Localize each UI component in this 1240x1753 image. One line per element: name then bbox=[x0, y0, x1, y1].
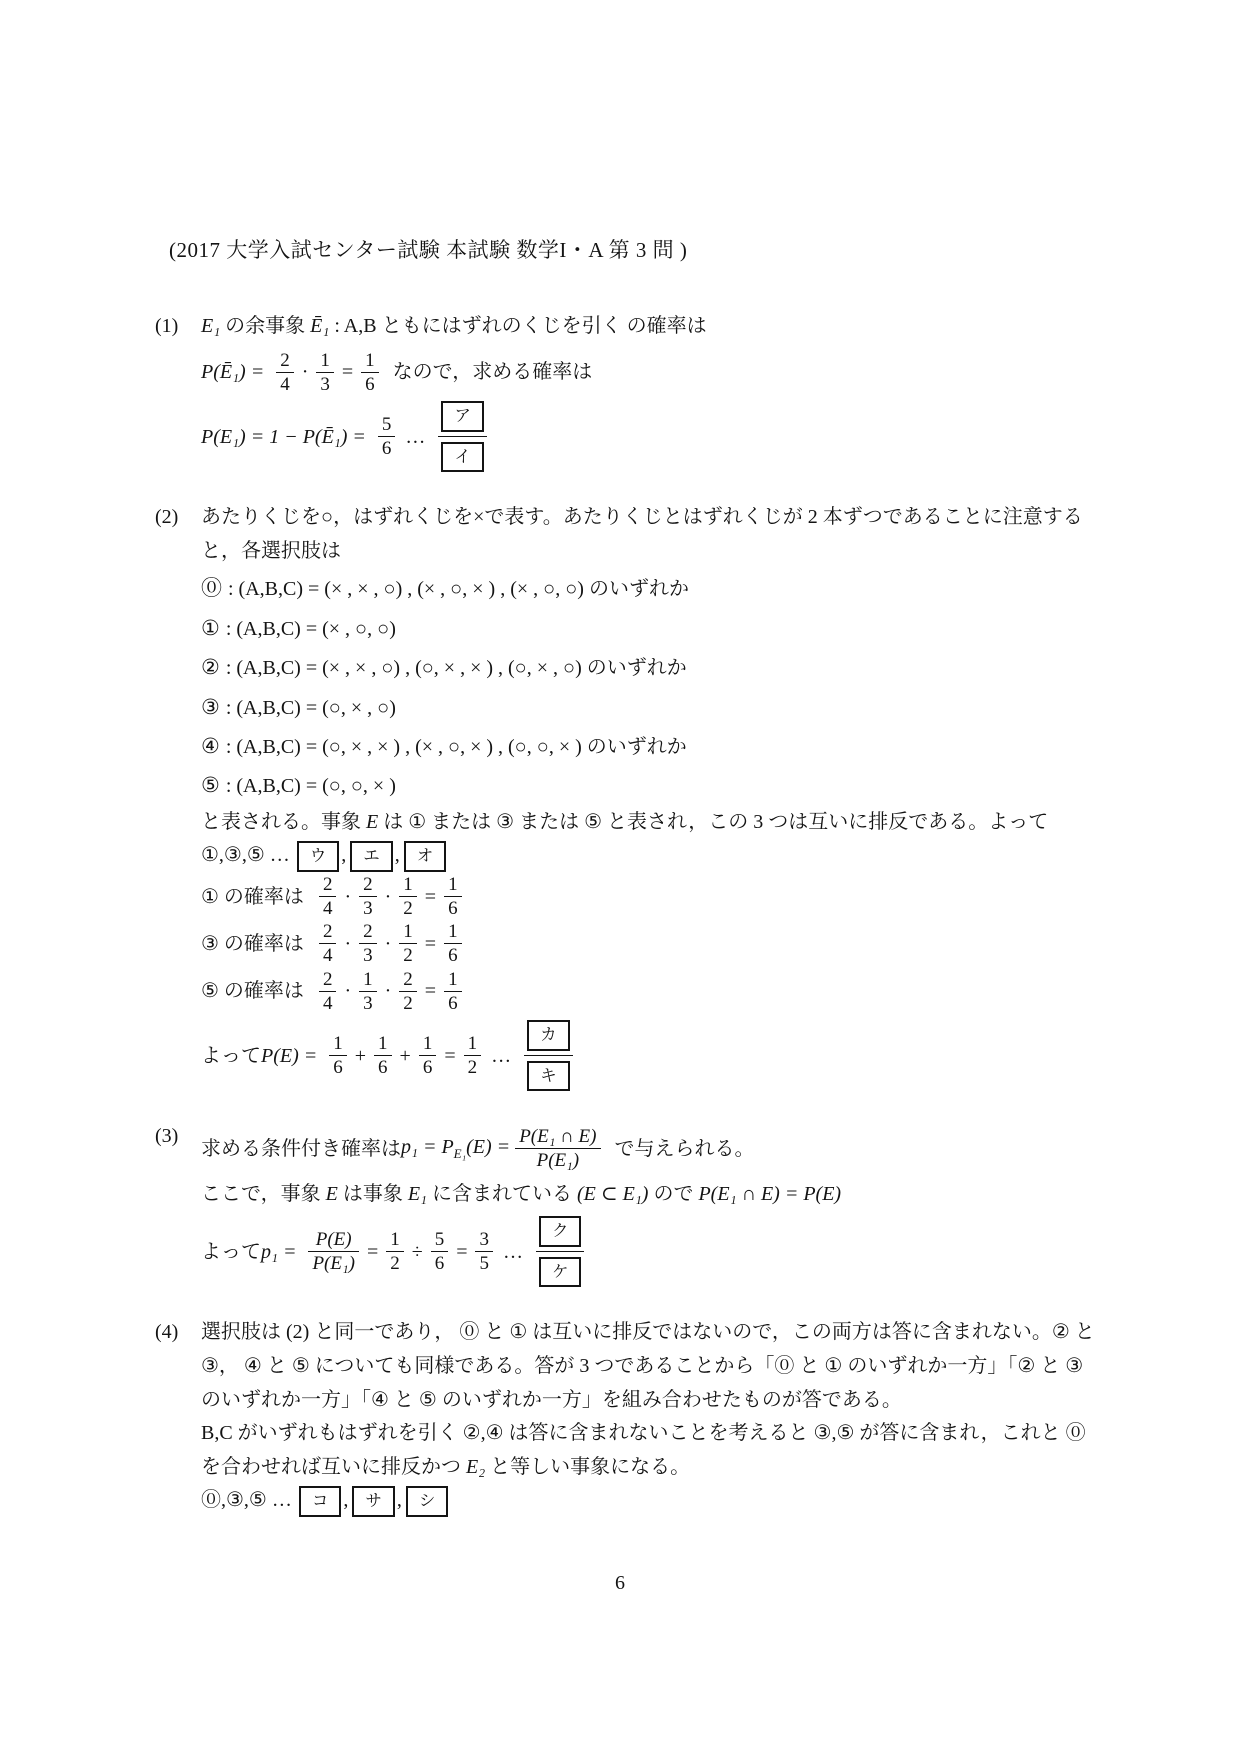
circled-number-2: ② bbox=[201, 655, 220, 679]
page-number: 6 bbox=[0, 1572, 1240, 1595]
fraction-denominator: 4 bbox=[319, 943, 337, 967]
math-var-e1: E₁ bbox=[408, 1183, 427, 1205]
answer-fraction-bottom: イ bbox=[438, 436, 487, 473]
fraction: 16 bbox=[444, 968, 462, 1015]
fraction-denominator: 3 bbox=[359, 943, 377, 967]
answer-box-a: ア bbox=[441, 401, 484, 432]
fraction-numerator: 1 bbox=[464, 1032, 482, 1055]
fraction: 16 bbox=[444, 920, 462, 967]
fraction-numerator: 2 bbox=[319, 920, 337, 943]
operator-equals: = bbox=[367, 1239, 378, 1265]
s1-text-3: なので，求める確率は bbox=[393, 359, 593, 385]
math-tail: (E) = bbox=[466, 1136, 510, 1158]
s3-text-7: よって bbox=[201, 1239, 261, 1265]
fraction-numerator: 2 bbox=[319, 968, 337, 991]
circled-number-4: ④ bbox=[201, 734, 220, 758]
answer-fraction-bottom: ケ bbox=[536, 1251, 585, 1288]
probability-row-3: ③ の確率は 24 · 23 · 12 = 16 bbox=[201, 920, 1100, 967]
fraction-denominator: 3 bbox=[359, 991, 377, 1015]
answer-fraction-top: ア bbox=[438, 401, 487, 436]
option-row-1: ①: (A,B,C) = (× , ○, ○) bbox=[201, 609, 1100, 647]
s2-conclusion-text-1: と表される。事象 bbox=[201, 811, 366, 833]
fraction-denominator: 4 bbox=[319, 991, 337, 1015]
probability-row-head: ⑤ の確率は bbox=[201, 979, 304, 1003]
fraction-denominator: P(E₁) bbox=[308, 1251, 358, 1275]
operator-cdot: · bbox=[385, 979, 392, 1003]
fraction-numerator: 1 bbox=[399, 920, 417, 943]
answer-box-e: エ bbox=[350, 841, 393, 872]
operator-equals: = bbox=[456, 1239, 467, 1265]
fraction-denominator: 6 bbox=[444, 991, 462, 1015]
option-row-0: ⓪: (A,B,C) = (× , × , ○) , (× , ○, × ) ,… bbox=[201, 569, 1100, 607]
fraction-denominator: 6 bbox=[374, 1055, 392, 1079]
separator-comma: , bbox=[343, 1489, 348, 1511]
fraction-numerator: 1 bbox=[329, 1032, 347, 1055]
fraction-denominator: 2 bbox=[399, 943, 417, 967]
answer-box-i: イ bbox=[441, 442, 484, 473]
fraction-numerator: 2 bbox=[276, 349, 294, 372]
circled-number-1: ① bbox=[201, 616, 220, 640]
section-1: (1) E₁ の余事象 Ē₁ : A,B ともにはずれのくじを引く の確率は P… bbox=[155, 310, 1100, 477]
s1-equation-1: P(Ē₁) = 24 · 13 = 16 なので，求める確率は bbox=[201, 349, 1100, 396]
operator-cdot: · bbox=[344, 979, 351, 1003]
fraction: 16 bbox=[444, 873, 462, 920]
s3-text-5: に含まれている bbox=[427, 1183, 577, 1205]
answer-fraction-top: ク bbox=[536, 1216, 585, 1251]
document-title: (2017 大学入試センター試験 本試験 数学I・A 第 3 問 ) bbox=[155, 234, 1100, 264]
section-1-body: E₁ の余事象 Ē₁ : A,B ともにはずれのくじを引く の確率は P(Ē₁)… bbox=[201, 310, 1100, 477]
s1-statement: E₁ の余事象 Ē₁ : A,B ともにはずれのくじを引く の確率は bbox=[201, 310, 1100, 344]
math-lead: P(Ē₁) = bbox=[201, 359, 264, 385]
fraction: 23 bbox=[359, 873, 377, 920]
fraction: 24 bbox=[319, 968, 337, 1015]
option-body: : (A,B,C) = (× , × , ○) , (○, × , × ) , … bbox=[226, 657, 687, 679]
circled-number-0: ⓪ bbox=[201, 576, 222, 600]
fraction: 16 bbox=[329, 1032, 347, 1079]
section-4-label: (4) bbox=[155, 1316, 201, 1518]
fraction-numerator: 1 bbox=[419, 1032, 437, 1055]
fraction: 16 bbox=[361, 349, 379, 396]
section-2-body: あたりくじを○，はずれくじを×で表す。あたりくじとはずれくじが 2 本ずつである… bbox=[201, 501, 1100, 1096]
section-2: (2) あたりくじを○，はずれくじを×で表す。あたりくじとはずれくじが 2 本ず… bbox=[155, 501, 1100, 1096]
fraction-denominator: 6 bbox=[431, 1251, 449, 1275]
fraction-denominator: 6 bbox=[329, 1055, 347, 1079]
answer-fraction-top: カ bbox=[524, 1020, 573, 1055]
s2-pe-lead-text: よって bbox=[201, 1043, 261, 1069]
ellipsis: … bbox=[270, 844, 292, 866]
s3-text-1: 求める条件付き確率は bbox=[201, 1136, 401, 1162]
fraction-denominator: 6 bbox=[444, 943, 462, 967]
answer-box-o: オ bbox=[404, 841, 447, 872]
s4-answer-line: ⓪,③,⑤…コ,サ,シ bbox=[201, 1484, 1100, 1518]
answer-box-sa: サ bbox=[352, 1486, 395, 1517]
fraction-numerator: 1 bbox=[359, 968, 377, 991]
fraction-numerator: 2 bbox=[399, 968, 417, 991]
option-row-2: ②: (A,B,C) = (× , × , ○) , (○, × , × ) ,… bbox=[201, 648, 1100, 686]
math-subset-expr: (E ⊂ E₁) bbox=[577, 1183, 648, 1205]
fraction-denominator: 5 bbox=[475, 1251, 493, 1275]
s4-answer-text: ⓪,③,⑤ bbox=[201, 1489, 267, 1511]
fraction-numerator: P(E) bbox=[308, 1228, 358, 1251]
s2-pe-equation: よって P(E) = 16 + 16 + 16 = 12 … カ キ bbox=[201, 1020, 1100, 1091]
math-intersection-expr: P(E₁ ∩ E) = P(E) bbox=[698, 1183, 841, 1205]
option-body: : (A,B,C) = (○, ○, × ) bbox=[226, 775, 396, 797]
answer-box-ku: ク bbox=[539, 1216, 582, 1247]
fraction-denominator: 4 bbox=[276, 372, 294, 396]
section-2-label: (2) bbox=[155, 501, 201, 1096]
fraction-denominator: P(E₁) bbox=[515, 1148, 600, 1172]
s2-intro: あたりくじを○，はずれくじを×で表す。あたりくじとはずれくじが 2 本ずつである… bbox=[201, 501, 1100, 568]
fraction: 13 bbox=[316, 349, 334, 396]
fraction-numerator: 1 bbox=[316, 349, 334, 372]
s3-definition-line: 求める条件付き確率は p₁ = PE₁(E) = P(E₁ ∩ E)P(E₁) … bbox=[201, 1125, 1100, 1172]
fraction: 23 bbox=[359, 920, 377, 967]
circled-number-3: ③ bbox=[201, 695, 220, 719]
fraction: 12 bbox=[464, 1032, 482, 1079]
fraction-denominator: 6 bbox=[444, 896, 462, 920]
section-4-body: 選択肢は (2) と同一であり， ⓪ と ① は互いに排反ではないので，この両方… bbox=[201, 1316, 1100, 1518]
fraction: P(E₁ ∩ E)P(E₁) bbox=[515, 1125, 600, 1172]
fraction: 12 bbox=[386, 1228, 404, 1275]
answer-box-ki: キ bbox=[527, 1061, 570, 1092]
operator-cdot: · bbox=[302, 359, 309, 385]
math-lead: p₁ = P bbox=[401, 1136, 454, 1158]
s3-text-3: ここで，事象 bbox=[201, 1183, 326, 1205]
answer-box-ka: カ bbox=[527, 1020, 570, 1051]
answer-box-ke: ケ bbox=[539, 1257, 582, 1288]
section-3-label: (3) bbox=[155, 1120, 201, 1292]
s3-text-4: は事象 bbox=[338, 1183, 408, 1205]
fraction-numerator: 2 bbox=[359, 920, 377, 943]
math-var-e1: E₁ bbox=[201, 315, 220, 337]
s1-text-1: の余事象 bbox=[220, 315, 310, 337]
operator-cdot: · bbox=[344, 932, 351, 956]
s3-subset-line: ここで，事象 E は事象 E₁ に含まれている (E ⊂ E₁) ので P(E₁… bbox=[201, 1178, 1100, 1212]
math-lead: p₁ = bbox=[261, 1239, 296, 1265]
option-body: : (A,B,C) = (○, × , ○) bbox=[226, 697, 396, 719]
option-row-4: ④: (A,B,C) = (○, × , × ) , (× , ○, × ) ,… bbox=[201, 727, 1100, 765]
s4-text-2: と等しい事象になる。 bbox=[485, 1456, 690, 1478]
s4-paragraph-2: B,C がいずれもはずれを引く ②,④ は答に含まれないことを考えると ③,⑤ … bbox=[201, 1417, 1100, 1484]
math-lead: P(E) = bbox=[261, 1043, 317, 1069]
fraction-numerator: 5 bbox=[378, 413, 396, 436]
math-var-e2: E₂ bbox=[466, 1456, 485, 1478]
fraction-denominator: 2 bbox=[399, 991, 417, 1015]
fraction-numerator: 1 bbox=[361, 349, 379, 372]
probability-row-5: ⑤ の確率は 24 · 13 · 22 = 16 bbox=[201, 968, 1100, 1015]
option-body: : (A,B,C) = (○, × , × ) , (× , ○, × ) , … bbox=[226, 736, 687, 758]
fraction-numerator: 3 bbox=[475, 1228, 493, 1251]
section-4: (4) 選択肢は (2) と同一であり， ⓪ と ① は互いに排反ではないので，… bbox=[155, 1316, 1100, 1518]
operator-plus: + bbox=[355, 1043, 366, 1069]
operator-equals: = bbox=[444, 1043, 455, 1069]
fraction: 56 bbox=[378, 413, 396, 460]
fraction-denominator: 6 bbox=[361, 372, 379, 396]
separator-comma: , bbox=[395, 844, 400, 866]
answer-fraction-bottom: キ bbox=[524, 1055, 573, 1092]
operator-cdot: · bbox=[385, 885, 392, 909]
operator-cdot: · bbox=[344, 885, 351, 909]
fraction-numerator: 1 bbox=[374, 1032, 392, 1055]
fraction-denominator: 2 bbox=[464, 1055, 482, 1079]
fraction-denominator: 2 bbox=[386, 1251, 404, 1275]
fraction: 12 bbox=[399, 873, 417, 920]
fraction: 24 bbox=[276, 349, 294, 396]
ellipsis: … bbox=[491, 1043, 513, 1069]
separator-comma: , bbox=[341, 844, 346, 866]
fraction-numerator: 1 bbox=[444, 873, 462, 896]
s4-paragraph-1: 選択肢は (2) と同一であり， ⓪ と ① は互いに排反ではないので，この両方… bbox=[201, 1316, 1100, 1417]
operator-cdot: · bbox=[385, 932, 392, 956]
fraction: 12 bbox=[399, 920, 417, 967]
fraction-numerator: 1 bbox=[444, 920, 462, 943]
fraction: 35 bbox=[475, 1228, 493, 1275]
operator-equals: = bbox=[425, 885, 436, 909]
probability-row-head: ③ の確率は bbox=[201, 932, 304, 956]
section-3-body: 求める条件付き確率は p₁ = PE₁(E) = P(E₁ ∩ E)P(E₁) … bbox=[201, 1120, 1100, 1292]
fraction-numerator: 2 bbox=[359, 873, 377, 896]
s3-result-equation: よって p₁ = P(E)P(E₁) = 12 ÷ 56 = 35 … ク ケ bbox=[201, 1216, 1100, 1287]
ellipsis: … bbox=[272, 1489, 294, 1511]
operator-equals: = bbox=[342, 359, 353, 385]
fraction: P(E)P(E₁) bbox=[308, 1228, 358, 1275]
operator-divide: ÷ bbox=[412, 1239, 423, 1265]
fraction-numerator: 1 bbox=[386, 1228, 404, 1251]
section-3: (3) 求める条件付き確率は p₁ = PE₁(E) = P(E₁ ∩ E)P(… bbox=[155, 1120, 1100, 1292]
fraction-denominator: 2 bbox=[399, 896, 417, 920]
fraction-denominator: 6 bbox=[419, 1055, 437, 1079]
math-lead: P(E₁) = 1 − P(Ē₁) = bbox=[201, 424, 366, 450]
probability-row-head: ① の確率は bbox=[201, 885, 304, 909]
operator-plus: + bbox=[400, 1043, 411, 1069]
option-row-5: ⑤: (A,B,C) = (○, ○, × ) bbox=[201, 766, 1100, 804]
ellipsis: … bbox=[503, 1239, 525, 1265]
fraction: 13 bbox=[359, 968, 377, 1015]
fraction-denominator: 6 bbox=[378, 436, 396, 460]
operator-equals: = bbox=[425, 979, 436, 1003]
fraction: 24 bbox=[319, 873, 337, 920]
ellipsis: … bbox=[405, 424, 427, 450]
math-var-e1bar: Ē₁ bbox=[310, 315, 329, 337]
fraction-numerator: 1 bbox=[444, 968, 462, 991]
math-var-e: E bbox=[366, 811, 378, 833]
fraction: 16 bbox=[419, 1032, 437, 1079]
fraction: 22 bbox=[399, 968, 417, 1015]
section-1-label: (1) bbox=[155, 310, 201, 477]
circled-number-5: ⑤ bbox=[201, 773, 220, 797]
option-body: : (A,B,C) = (× , × , ○) , (× , ○, × ) , … bbox=[228, 578, 689, 600]
separator-comma: , bbox=[397, 1489, 402, 1511]
option-body: : (A,B,C) = (× , ○, ○) bbox=[226, 618, 396, 640]
fraction-denominator: 3 bbox=[316, 372, 334, 396]
answer-box-ko: コ bbox=[299, 1486, 342, 1517]
document-content: (2017 大学入試センター試験 本試験 数学I・A 第 3 問 ) (1) E… bbox=[155, 234, 1100, 1542]
fraction-numerator: 1 bbox=[399, 873, 417, 896]
fraction-numerator: P(E₁ ∩ E) bbox=[515, 1125, 600, 1148]
fraction-numerator: 2 bbox=[319, 873, 337, 896]
option-row-3: ③: (A,B,C) = (○, × , ○) bbox=[201, 688, 1100, 726]
fraction-denominator: 3 bbox=[359, 896, 377, 920]
s2-conclusion: と表される。事象 E は ① または ③ または ⑤ と表され，この 3 つは互… bbox=[201, 806, 1100, 873]
answer-box-u: ウ bbox=[297, 841, 340, 872]
answer-box-shi: シ bbox=[406, 1486, 449, 1517]
fraction: 24 bbox=[319, 920, 337, 967]
s3-text-2: で与えられる。 bbox=[615, 1136, 755, 1162]
probability-row-1: ① の確率は 24 · 23 · 12 = 16 bbox=[201, 873, 1100, 920]
math-conditional-prob: p₁ = PE₁(E) = bbox=[401, 1134, 510, 1163]
fraction-denominator: 4 bbox=[319, 896, 337, 920]
answer-fraction-a-i: ア イ bbox=[438, 401, 487, 472]
exam-solution-page: (2017 大学入試センター試験 本試験 数学I・A 第 3 問 ) (1) E… bbox=[0, 0, 1240, 1753]
s3-text-6: ので bbox=[648, 1183, 698, 1205]
s1-equation-2: P(E₁) = 1 − P(Ē₁) = 56 … ア イ bbox=[201, 401, 1100, 472]
answer-fraction-ku-ke: ク ケ bbox=[536, 1216, 585, 1287]
fraction: 56 bbox=[431, 1228, 449, 1275]
s1-text-2: : A,B ともにはずれのくじを引く の確率は bbox=[329, 315, 706, 337]
math-subscript-e1: E₁ bbox=[454, 1146, 466, 1161]
answer-fraction-ka-ki: カ キ bbox=[524, 1020, 573, 1091]
operator-equals: = bbox=[425, 932, 436, 956]
fraction-numerator: 5 bbox=[431, 1228, 449, 1251]
math-var-e: E bbox=[326, 1183, 338, 1205]
fraction: 16 bbox=[374, 1032, 392, 1079]
